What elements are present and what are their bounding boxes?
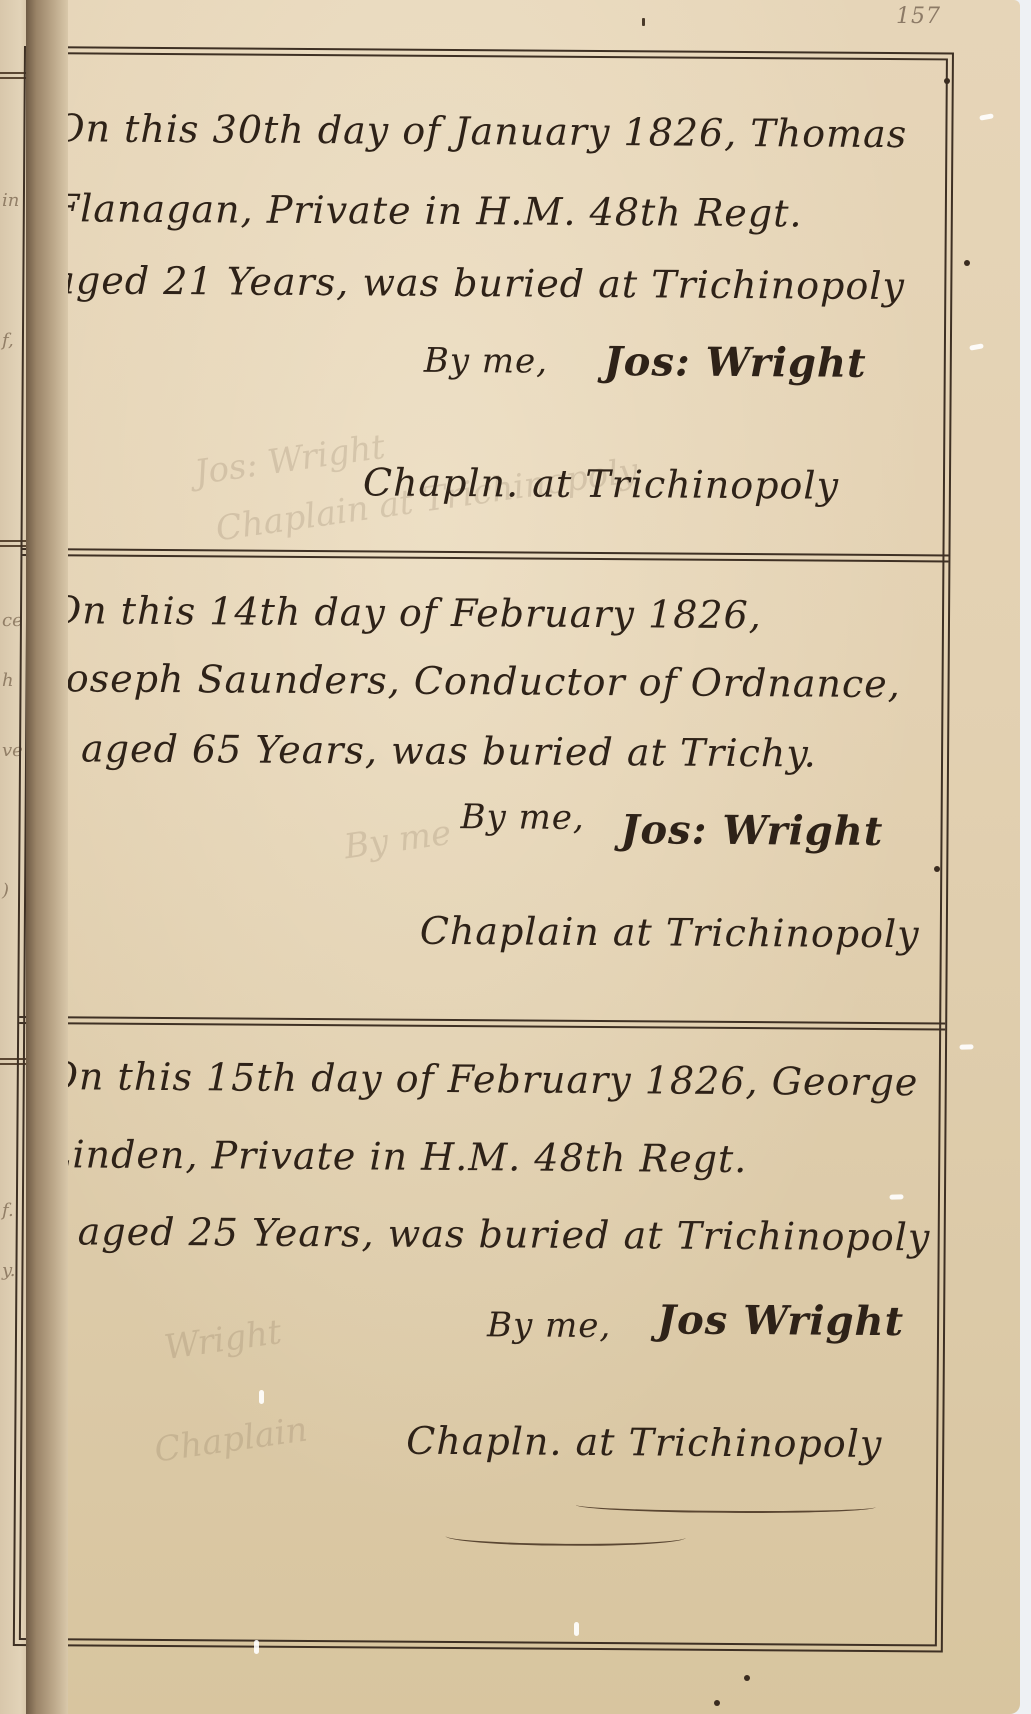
entry-line-1: On this 14th day of February 1826, — [50, 588, 762, 637]
adjacent-page-fragment: f. — [2, 1200, 14, 1221]
adjacent-page-fragment: ) — [2, 880, 9, 901]
adjacent-page-fragment: y. — [2, 1260, 16, 1281]
by-me-label: By me, — [460, 797, 584, 838]
ink-flourish — [446, 1527, 686, 1547]
page-number: 157 — [896, 4, 941, 29]
ink-speck — [964, 260, 970, 266]
light-glare — [254, 1640, 259, 1654]
light-glare — [959, 1044, 973, 1049]
ink-speck — [744, 1675, 750, 1681]
chaplain-title: Chaplain at Trichinopoly — [420, 909, 920, 956]
entry-line-2: Flanagan, Private in H.M. 48th Regt. — [53, 186, 803, 235]
burial-entry-1: On this 30th day of January 1826, Thomas… — [22, 48, 951, 554]
ink-mark — [642, 18, 645, 26]
by-me-label: By me, — [487, 1305, 611, 1346]
entry-line-2: Joseph Saunders, Conductor of Ordnance, — [49, 656, 901, 706]
book-gutter — [26, 0, 68, 1714]
entry-line-3: aged 65 Years, was buried at Trichy. — [81, 726, 817, 775]
adjacent-page-fragment: f, — [2, 330, 14, 351]
adjacent-page-fragment: h — [2, 670, 14, 691]
ink-speck — [714, 1700, 720, 1706]
adjacent-page-fragment: in — [2, 190, 19, 211]
burial-entry-3: On this 15th day of February 1826, Georg… — [15, 1024, 945, 1650]
ink-speck — [934, 866, 940, 872]
entry-line-3: aged 21 Years, was buried at Trichinopol… — [52, 258, 905, 308]
light-glare — [574, 1622, 579, 1636]
entry-line-3: aged 25 Years, was buried at Trichinopol… — [78, 1209, 931, 1259]
chaplain-title: Chapln. at Trichinopoly — [363, 460, 839, 507]
ink-flourish — [576, 1498, 876, 1514]
document-photo: in f, ce h ve ) f. y. 157 Jos: Wright Ch… — [0, 0, 1031, 1714]
ink-speck — [944, 78, 950, 84]
chaplain-signature: Jos: Wright — [604, 338, 867, 387]
entry-line-2: Linden, Private in H.M. 48th Regt. — [46, 1132, 747, 1181]
burial-entry-2: On this 14th day of February 1826, Josep… — [19, 556, 948, 1022]
chaplain-signature: Jos Wright — [657, 1296, 904, 1345]
light-glare — [979, 113, 994, 120]
entry-line-1: On this 15th day of February 1826, Georg… — [47, 1054, 919, 1104]
light-glare — [259, 1390, 264, 1404]
register-page: 157 Jos: Wright Chaplain at Trichinopoly… — [44, 0, 1020, 1714]
light-glare — [889, 1194, 903, 1199]
light-glare — [969, 343, 984, 350]
by-me-label: By me, — [424, 341, 548, 382]
chaplain-title: Chapln. at Trichinopoly — [406, 1419, 882, 1466]
register-frame: On this 30th day of January 1826, Thomas… — [13, 46, 954, 1652]
entry-line-1: On this 30th day of January 1826, Thomas — [53, 106, 907, 156]
chaplain-signature: Jos: Wright — [620, 806, 883, 855]
